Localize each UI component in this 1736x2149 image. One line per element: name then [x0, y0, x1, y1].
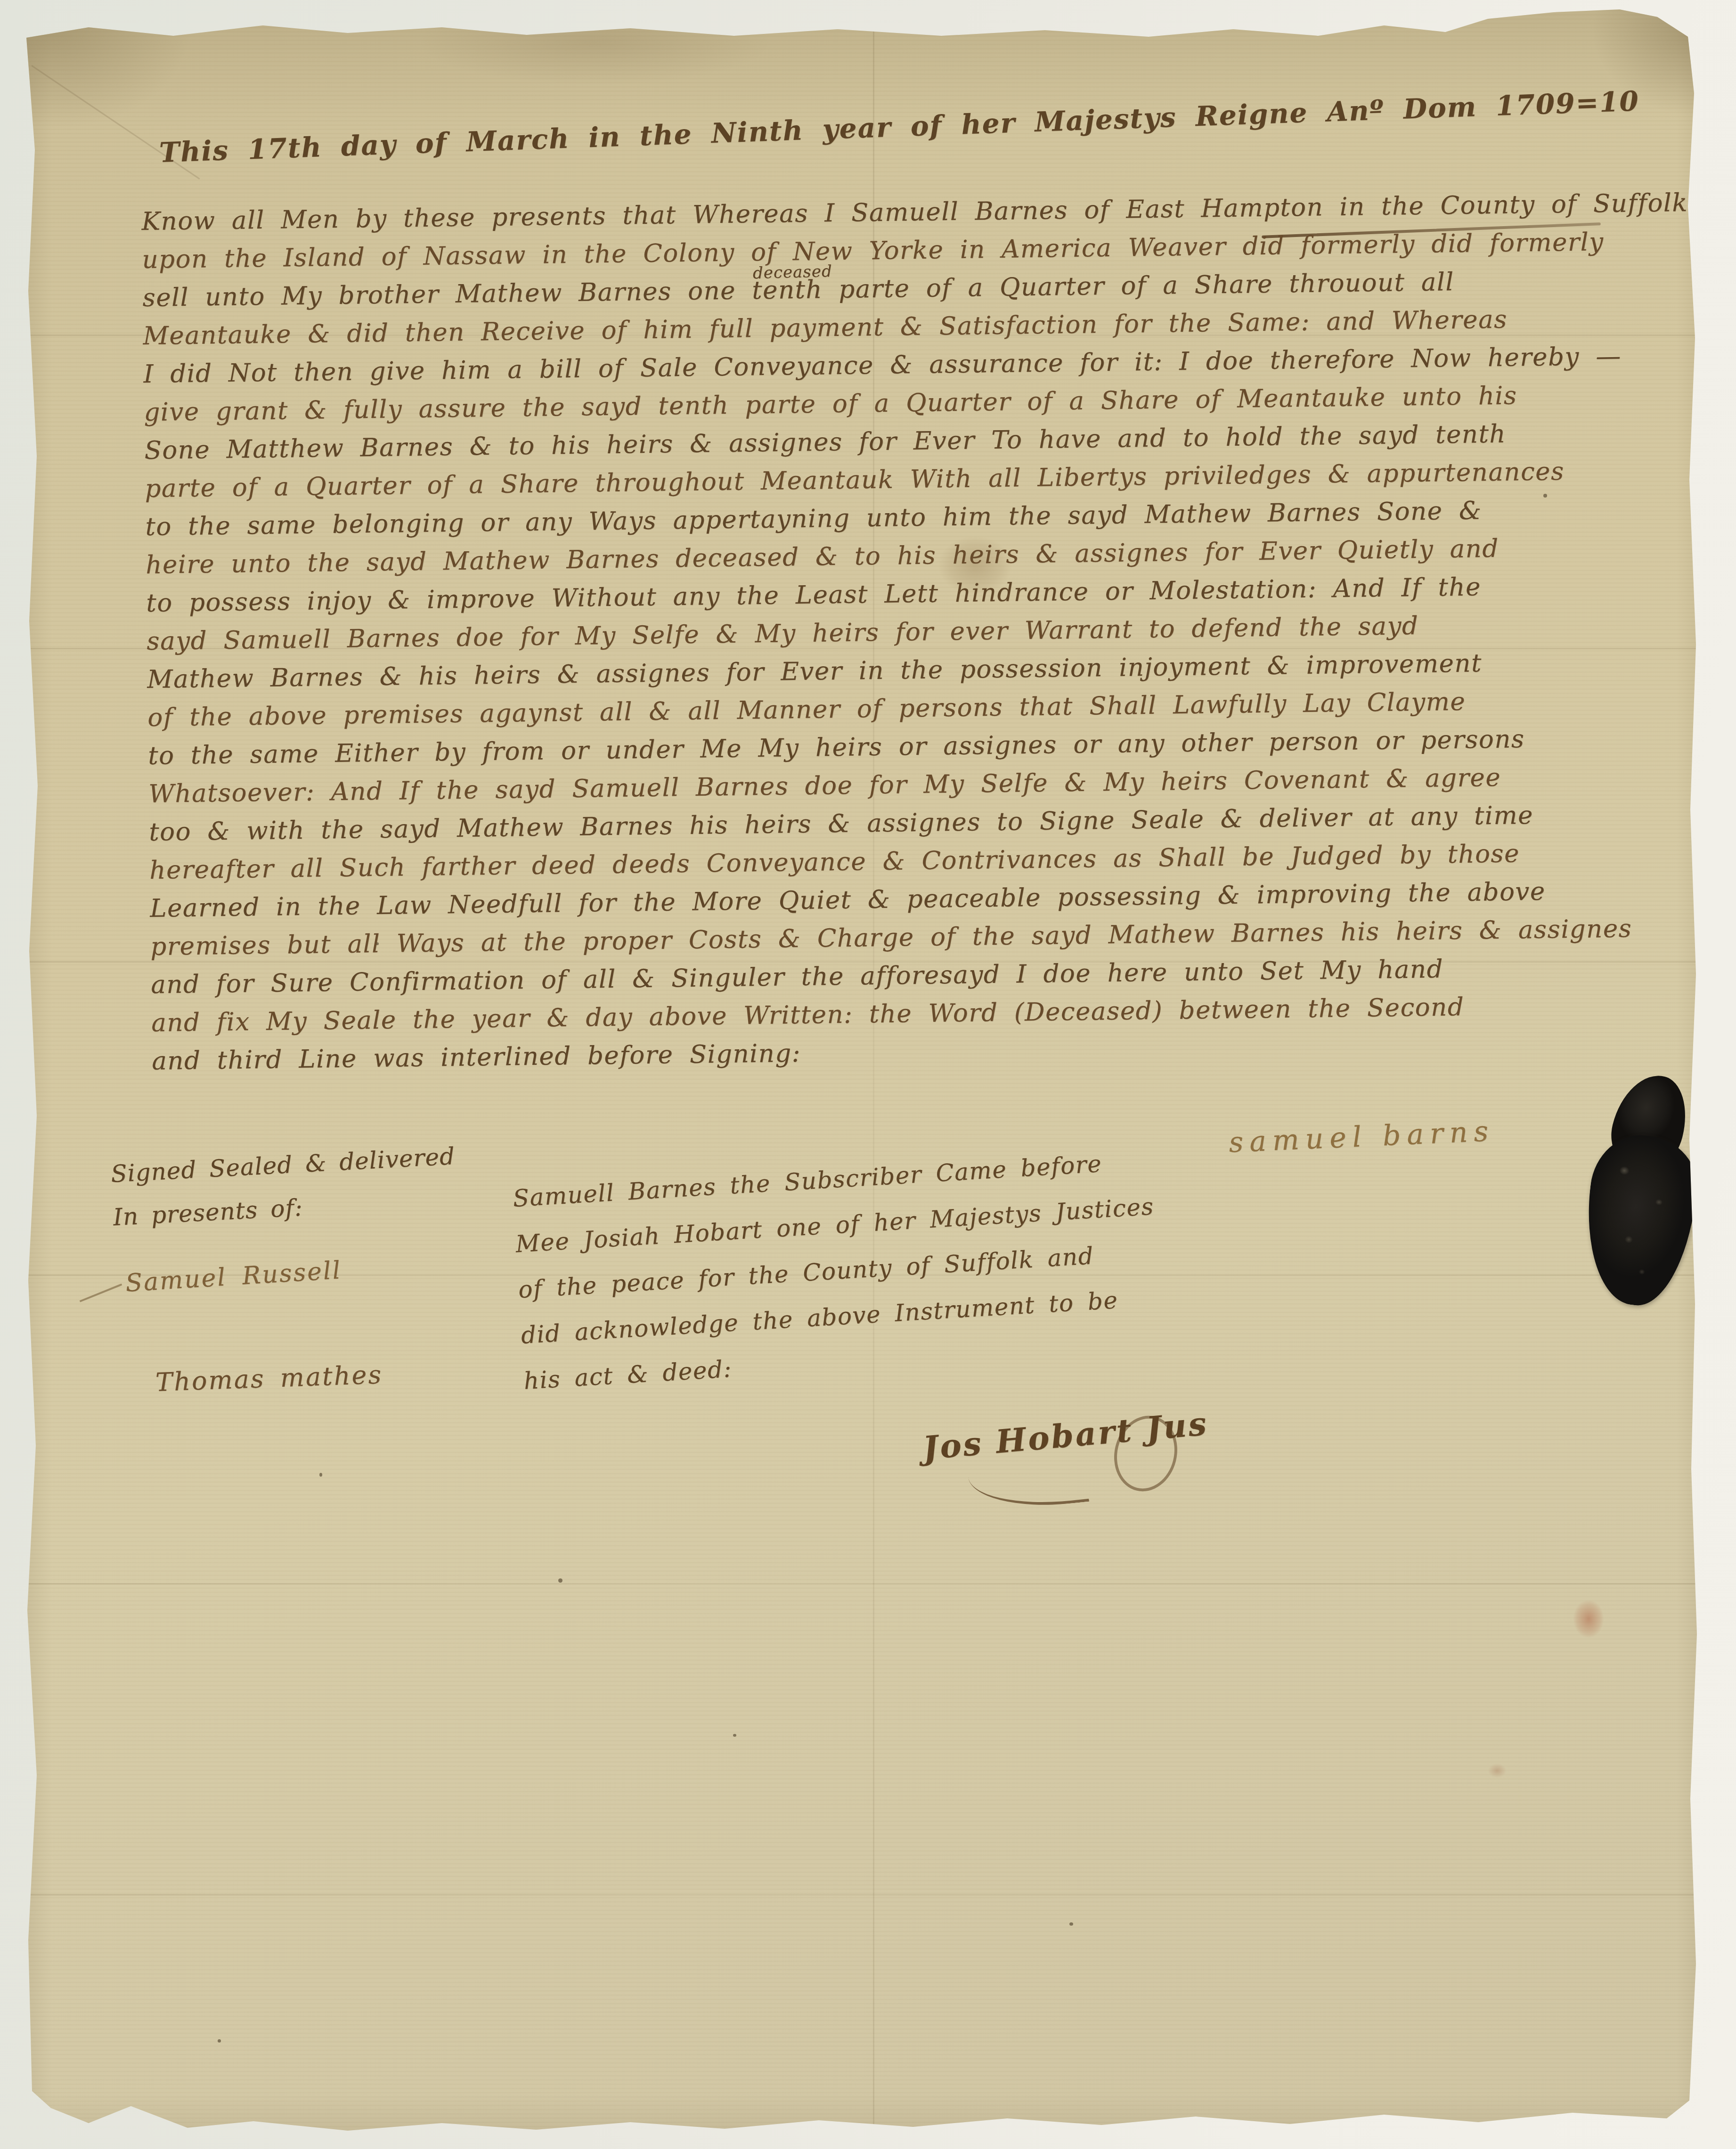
horizontal-fold-crease-6 — [18, 1894, 1714, 1896]
paper-speck — [1069, 1922, 1073, 1926]
interlined-word: deceased — [753, 262, 833, 283]
attestation-block: Signed Sealed & delivered In presents of… — [110, 1135, 458, 1239]
paper-speck — [558, 1578, 562, 1583]
witness-signature-samuel-russell: Samuel Russell — [125, 1256, 342, 1298]
paper-speck — [218, 2039, 221, 2043]
paper-speck — [733, 1734, 736, 1737]
horizontal-fold-crease-5 — [18, 1583, 1714, 1585]
scan-background: { "page": { "background_color": "#e9e8e0… — [0, 0, 1736, 2149]
paper-speck — [319, 1473, 322, 1477]
manuscript-paper: This 17th day of March in the Ninth year… — [18, 8, 1714, 2136]
deed-body-text: Know all Men by these presents that Wher… — [141, 184, 1712, 1080]
justice-signature-flourish — [968, 1458, 1089, 1514]
acknowledgment-block: Samuell Barnes the Subscriber Came befor… — [512, 1129, 1315, 1404]
wax-seal — [1577, 1130, 1703, 1311]
dateline: This 17th day of March in the Ninth year… — [159, 84, 1666, 169]
witness-flourish-stroke — [80, 1283, 122, 1302]
witness-signature-thomas-mathes: Thomas mathes — [155, 1360, 383, 1397]
